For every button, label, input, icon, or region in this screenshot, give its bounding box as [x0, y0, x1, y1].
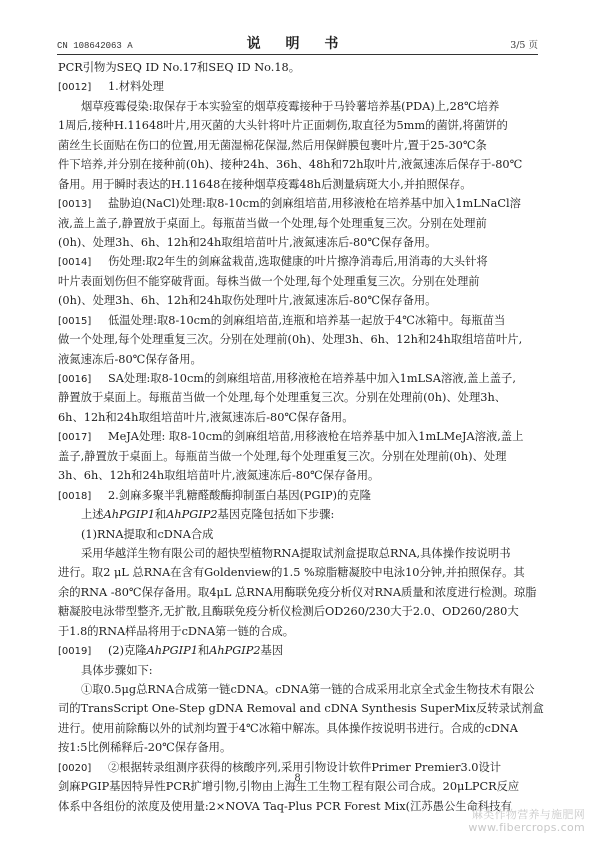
line-text: 体系中各组份的浓度及使用量:2×NOVA Taq-Plus PCR Forest… — [58, 800, 512, 813]
text-line: 进行。取2 μL 总RNA在含有Goldenview的1.5 %琼脂糖凝胶中电泳… — [58, 563, 539, 582]
page-indicator: 3/5 页 — [510, 37, 538, 51]
text-line: 余的RNA -80℃保存备用。取4μL 总RNA用酶联免疫分析仪对RNA质量和浓… — [58, 583, 539, 602]
line-text: 司的TransScript One-Step gDNA Removal and … — [58, 702, 544, 715]
line-text: 糖凝胶电泳带型整齐,无扩散,且酶联免疫分析仪检测后OD260/230大于2.0、… — [58, 605, 519, 618]
text-line: 盖子,静置放于桌面上。每瓶苗当做一个处理,每个处理重复三次。分别在处理前(0h)… — [58, 447, 539, 466]
line-text: 件下培养,并分别在接种前(0h)、接种24h、36h、48h和72h取叶片,液氮… — [58, 158, 522, 171]
line-text: 盖子,静置放于桌面上。每瓶苗当做一个处理,每个处理重复三次。分别在处理前(0h)… — [58, 450, 506, 463]
line-text: 6h、12h和24h取组培苗叶片,液氮速冻后-80℃保存备用。 — [58, 411, 354, 424]
text-line: ①取0.5μg总RNA合成第一链cDNA。cDNA第一链的合成采用北京全式金生物… — [58, 680, 539, 699]
line-text: 做一个处理,每个处理重复三次。分别在处理前(0h)、处理3h、6h、12h和24… — [58, 333, 522, 346]
paragraph-number: [0016] — [58, 370, 108, 389]
paragraph-number: [0012] — [58, 78, 108, 97]
gene-name: AhPGIP2 — [166, 508, 217, 521]
line-text: 液氮速冻后-80℃保存备用。 — [58, 353, 202, 366]
paragraph-number: [0015] — [58, 312, 108, 331]
document-body: PCR引物为SEQ ID No.17和SEQ ID No.18。[0012]1.… — [58, 58, 539, 816]
watermark-site-name: 麻类作物营养与施肥网 — [468, 808, 585, 821]
line-text: 烟草疫霉侵染:取保存于本实验室的烟草疫霉接种于马铃薯培养基(PDA)上,28℃培… — [81, 100, 499, 113]
line-text: (1)RNA提取和cDNA合成 — [81, 528, 213, 541]
line-text: 采用华越洋生物有限公司的超快型植物RNA提取试剂盒提取总RNA,具体操作按说明书 — [81, 547, 511, 560]
line-text: 备用。用于瞬时表达的H.11648在接种烟草疫霉48h后测量病斑大小,并拍照保存… — [58, 178, 472, 191]
paragraph-start-line: [0017]MeJA处理: 取8-10cm的剑麻组培苗,用移液枪在培养基中加入1… — [58, 427, 539, 446]
watermark-url: www.fibercrops.com — [468, 821, 585, 834]
gene-name: AhPGIP2 — [209, 644, 260, 657]
paragraph-start-line: [0018]2.剑麻多聚半乳糖醛酸酶抑制蛋白基因(PGIP)的克隆 — [58, 486, 539, 505]
line-text: 伤处理:取2年生的剑麻盆栽苗,选取健康的叶片擦净消毒后,用消毒的大头针将 — [108, 255, 488, 268]
document-title: 说 明 书 — [57, 33, 538, 53]
paragraph-start-line: [0013]盐胁迫(NaCl)处理:取8-10cm的剑麻组培苗,用移液枪在培养基… — [58, 194, 539, 213]
text-line: 件下培养,并分别在接种前(0h)、接种24h、36h、48h和72h取叶片,液氮… — [58, 155, 539, 174]
line-text: 3h、6h、12h和24h取组培苗叶片,液氮速冻后-80℃保存备用。 — [58, 469, 379, 482]
text-line: 采用华越洋生物有限公司的超快型植物RNA提取试剂盒提取总RNA,具体操作按说明书 — [58, 544, 539, 563]
text-line: 6h、12h和24h取组培苗叶片,液氮速冻后-80℃保存备用。 — [58, 408, 539, 427]
text-line: 备用。用于瞬时表达的H.11648在接种烟草疫霉48h后测量病斑大小,并拍照保存… — [58, 175, 539, 194]
line-text: ①取0.5μg总RNA合成第一链cDNA。cDNA第一链的合成采用北京全式金生物… — [81, 683, 535, 696]
paragraph-number: [0019] — [58, 642, 108, 661]
line-text: 具体步骤如下: — [81, 664, 153, 677]
page-header: CN 108642063 A 说 明 书 3/5 页 — [57, 34, 538, 54]
text-line: 于1.8的RNA样品将用于cDNA第一链的合成。 — [58, 622, 539, 641]
paragraph-number: [0017] — [58, 428, 108, 447]
text-line: 3h、6h、12h和24h取组培苗叶片,液氮速冻后-80℃保存备用。 — [58, 466, 539, 485]
text-line: 静置放于桌面上。每瓶苗当做一个处理,每个处理重复三次。分别在处理前(0h)、处理… — [58, 388, 539, 407]
page-number: 8 — [0, 773, 595, 784]
line-text: (2)克隆AhPGIP1和AhPGIP2基因 — [108, 644, 283, 657]
text-line: 叶片表面划伤但不能穿破背面。每株当做一个处理,每个处理重复三次。分别在处理前 — [58, 272, 539, 291]
line-text: 液,盖上盖子,静置放于桌面上。每瓶苗当做一个处理,每个处理重复三次。分别在处理前 — [58, 217, 487, 230]
line-text: 菌丝生长面贴在伤口的位置,用无菌湿棉花保湿,然后用保鲜膜包裹叶片,置于25-30… — [58, 139, 487, 152]
line-text: 于1.8的RNA样品将用于cDNA第一链的合成。 — [58, 625, 294, 638]
line-text: PCR引物为SEQ ID No.17和SEQ ID No.18。 — [58, 61, 300, 74]
line-text: MeJA处理: 取8-10cm的剑麻组培苗,用移液枪在培养基中加入1mLMeJA… — [108, 430, 523, 443]
text-line: 烟草疫霉侵染:取保存于本实验室的烟草疫霉接种于马铃薯培养基(PDA)上,28℃培… — [58, 97, 539, 116]
text-line: 做一个处理,每个处理重复三次。分别在处理前(0h)、处理3h、6h、12h和24… — [58, 330, 539, 349]
paragraph-start-line: [0012]1.材料处理 — [58, 77, 539, 96]
paragraph-start-line: [0016]SA处理:取8-10cm的剑麻组培苗,用移液枪在培养基中加入1mLS… — [58, 369, 539, 388]
text-line: 液,盖上盖子,静置放于桌面上。每瓶苗当做一个处理,每个处理重复三次。分别在处理前 — [58, 214, 539, 233]
header-divider — [57, 54, 538, 55]
paragraph-start-line: [0019](2)克隆AhPGIP1和AhPGIP2基因 — [58, 641, 539, 660]
text-line: 进行。使用前除酶以外的试剂均置于4℃冰箱中解冻。具体操作按说明书进行。合成的cD… — [58, 719, 539, 738]
text-line: PCR引物为SEQ ID No.17和SEQ ID No.18。 — [58, 58, 539, 77]
gene-name: AhPGIP1 — [147, 644, 198, 657]
line-text: SA处理:取8-10cm的剑麻组培苗,用移液枪在培养基中加入1mLSA溶液,盖上… — [108, 372, 516, 385]
line-text: 上述AhPGIP1和AhPGIP2基因克隆包括如下步骤: — [81, 508, 334, 521]
text-line: 上述AhPGIP1和AhPGIP2基因克隆包括如下步骤: — [58, 505, 539, 524]
line-text: 2.剑麻多聚半乳糖醛酸酶抑制蛋白基因(PGIP)的克隆 — [108, 489, 371, 502]
paragraph-start-line: [0015]低温处理:取8-10cm的剑麻组培苗,连瓶和培养基一起放于4℃冰箱中… — [58, 311, 539, 330]
text-line: 按1:5比例稀释后-20℃保存备用。 — [58, 738, 539, 757]
text-line: 司的TransScript One-Step gDNA Removal and … — [58, 699, 539, 718]
text-line: (0h)、处理3h、6h、12h和24h取伤处理叶片,液氮速冻后-80℃保存备用… — [58, 291, 539, 310]
line-text: 1.材料处理 — [108, 80, 164, 93]
line-text: 进行。取2 μL 总RNA在含有Goldenview的1.5 %琼脂糖凝胶中电泳… — [58, 566, 525, 579]
text-line: 液氮速冻后-80℃保存备用。 — [58, 350, 539, 369]
line-text: 盐胁迫(NaCl)处理:取8-10cm的剑麻组培苗,用移液枪在培养基中加入1mL… — [108, 197, 521, 210]
line-text: 按1:5比例稀释后-20℃保存备用。 — [58, 741, 231, 754]
text-line: (0h)、处理3h、6h、12h和24h取组培苗叶片,液氮速冻后-80℃保存备用… — [58, 233, 539, 252]
paragraph-number: [0014] — [58, 253, 108, 272]
paragraph-number: [0018] — [58, 487, 108, 506]
paragraph-start-line: [0014]伤处理:取2年生的剑麻盆栽苗,选取健康的叶片擦净消毒后,用消毒的大头… — [58, 252, 539, 271]
text-line: 体系中各组份的浓度及使用量:2×NOVA Taq-Plus PCR Forest… — [58, 797, 539, 816]
line-text: 低温处理:取8-10cm的剑麻组培苗,连瓶和培养基一起放于4℃冰箱中。每瓶苗当 — [108, 314, 505, 327]
line-text: 进行。使用前除酶以外的试剂均置于4℃冰箱中解冻。具体操作按说明书进行。合成的cD… — [58, 722, 518, 735]
line-text: 1周后,接种H.11648叶片,用灭菌的大头针将叶片正面刺伤,取直径为5mm的菌… — [58, 119, 508, 132]
line-text: (0h)、处理3h、6h、12h和24h取伤处理叶片,液氮速冻后-80℃保存备用… — [58, 294, 436, 307]
line-text: 余的RNA -80℃保存备用。取4μL 总RNA用酶联免疫分析仪对RNA质量和浓… — [58, 586, 537, 599]
line-text: 静置放于桌面上。每瓶苗当做一个处理,每个处理重复三次。分别在处理前(0h)、处理… — [58, 391, 506, 404]
text-line: 菌丝生长面贴在伤口的位置,用无菌湿棉花保湿,然后用保鲜膜包裹叶片,置于25-30… — [58, 136, 539, 155]
watermark: 麻类作物营养与施肥网 www.fibercrops.com — [468, 808, 585, 834]
text-line: 具体步骤如下: — [58, 661, 539, 680]
text-line: 糖凝胶电泳带型整齐,无扩散,且酶联免疫分析仪检测后OD260/230大于2.0、… — [58, 602, 539, 621]
text-line: 1周后,接种H.11648叶片,用灭菌的大头针将叶片正面刺伤,取直径为5mm的菌… — [58, 116, 539, 135]
line-text: 叶片表面划伤但不能穿破背面。每株当做一个处理,每个处理重复三次。分别在处理前 — [58, 275, 480, 288]
gene-name: AhPGIP1 — [104, 508, 155, 521]
text-line: (1)RNA提取和cDNA合成 — [58, 525, 539, 544]
line-text: (0h)、处理3h、6h、12h和24h取组培苗叶片,液氮速冻后-80℃保存备用… — [58, 236, 436, 249]
line-text: ②根据转录组测序获得的核酸序列,采用引物设计软件Primer Premier3.… — [108, 761, 501, 774]
paragraph-number: [0013] — [58, 195, 108, 214]
